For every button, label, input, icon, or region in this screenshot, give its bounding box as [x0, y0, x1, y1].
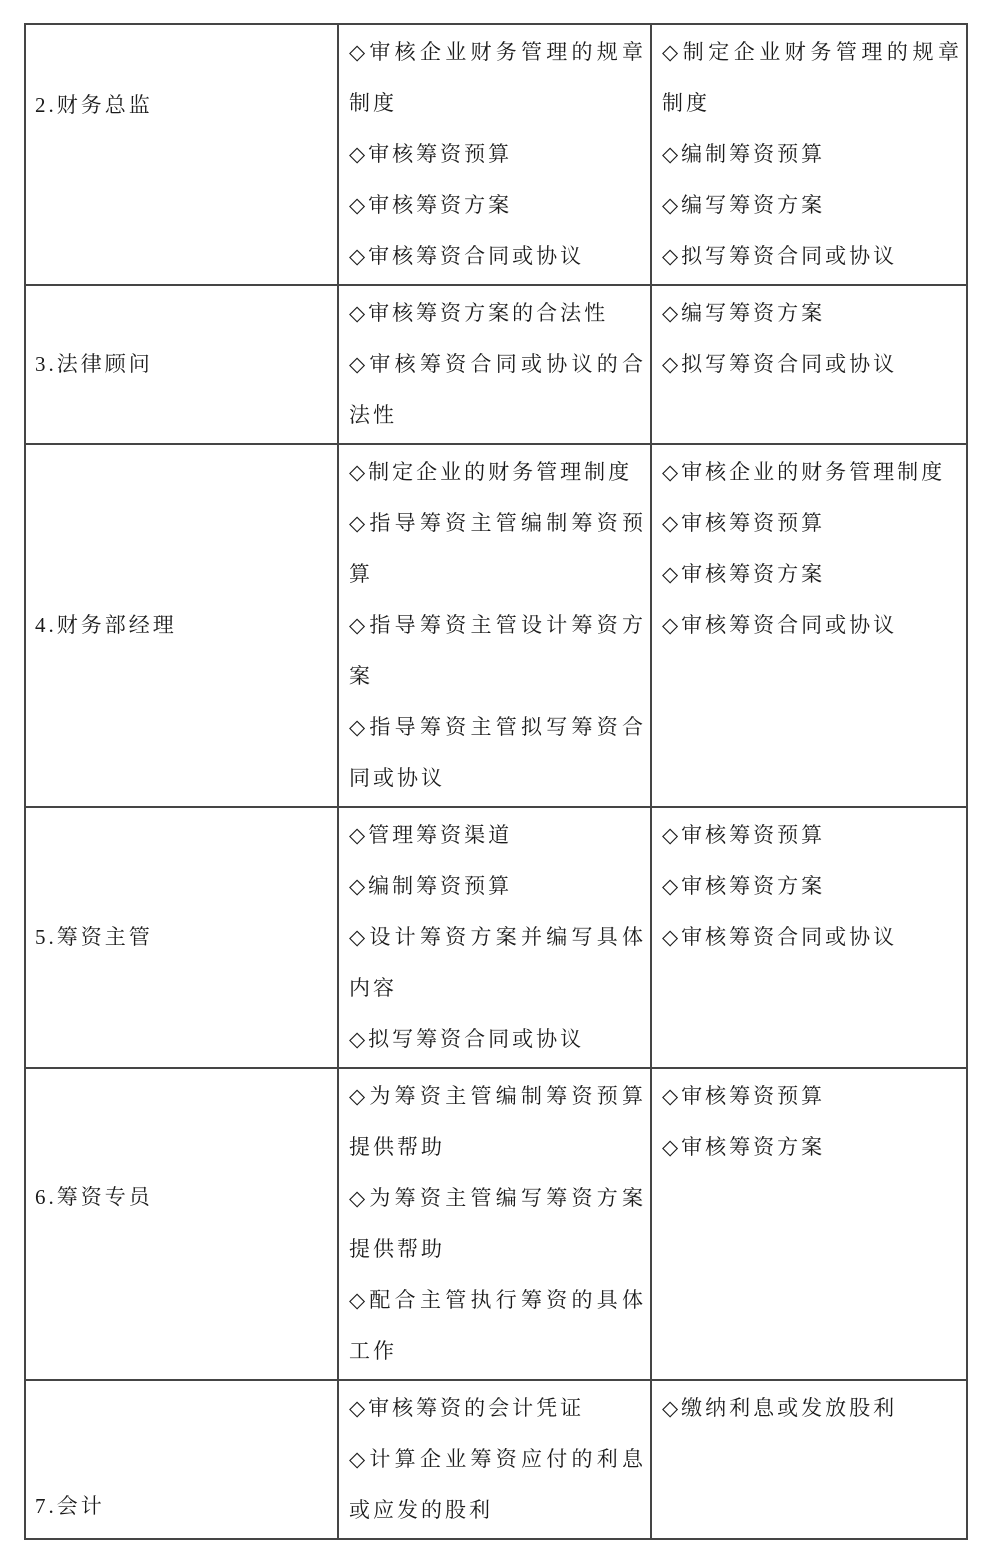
- duty-item: ◇为筹资主管编制筹资预算提供帮助: [349, 1071, 646, 1173]
- diamond-bullet-icon: ◇: [662, 352, 681, 376]
- duty-item: ◇制定企业的财务管理制度: [349, 447, 646, 498]
- duty-text: 缴纳利息或发放股利: [681, 1396, 897, 1420]
- diamond-bullet-icon: ◇: [662, 1396, 681, 1420]
- duty-text: 制定企业的财务管理制度: [368, 460, 632, 484]
- duty-item: ◇审核筹资合同或协议的合法性: [349, 339, 646, 441]
- diamond-bullet-icon: ◇: [349, 1027, 368, 1051]
- diamond-bullet-icon: ◇: [349, 352, 369, 376]
- diamond-bullet-icon: ◇: [662, 142, 681, 166]
- diamond-bullet-icon: ◇: [349, 1447, 369, 1471]
- duty-text: 指导筹资主管拟写筹资合同或协议: [349, 715, 646, 790]
- duty-item: ◇编写筹资方案: [662, 288, 962, 339]
- duty-item: ◇审核筹资方案: [662, 861, 962, 912]
- duty-item: ◇审核筹资合同或协议: [662, 912, 962, 963]
- duty-text: 制定企业财务管理的规章制度: [662, 40, 962, 115]
- duties-cell-col2: ◇审核筹资的会计凭证◇计算企业筹资应付的利息或应发的股利: [339, 1381, 652, 1538]
- diamond-bullet-icon: ◇: [349, 142, 368, 166]
- table-row: 3.法律顾问◇审核筹资方案的合法性◇审核筹资合同或协议的合法性◇编写筹资方案◇拟…: [26, 286, 966, 445]
- role-label: 6.筹资专员: [35, 1172, 331, 1223]
- role-label: 5.筹资主管: [35, 912, 331, 963]
- duty-text: 审核筹资的会计凭证: [368, 1396, 584, 1420]
- duties-cell-col3: ◇制定企业财务管理的规章制度◇编制筹资预算◇编写筹资方案◇拟写筹资合同或协议: [652, 25, 966, 284]
- diamond-bullet-icon: ◇: [349, 193, 368, 217]
- duty-text: 指导筹资主管编制筹资预算: [349, 511, 646, 586]
- diamond-bullet-icon: ◇: [349, 1084, 369, 1108]
- diamond-bullet-icon: ◇: [662, 823, 681, 847]
- duty-text: 编制筹资预算: [368, 874, 512, 898]
- duty-text: 审核企业的财务管理制度: [681, 460, 945, 484]
- table-row: 5.筹资主管◇管理筹资渠道◇编制筹资预算◇设计筹资方案并编写具体内容◇拟写筹资合…: [26, 808, 966, 1069]
- duties-cell-col3: ◇编写筹资方案◇拟写筹资合同或协议: [652, 286, 966, 443]
- role-label: 7.会计: [35, 1481, 331, 1532]
- duty-table: 2.财务总监◇审核企业财务管理的规章制度◇审核筹资预算◇审核筹资方案◇审核筹资合…: [24, 23, 968, 1540]
- diamond-bullet-icon: ◇: [349, 613, 369, 637]
- duties-cell-col2: ◇审核企业财务管理的规章制度◇审核筹资预算◇审核筹资方案◇审核筹资合同或协议: [339, 25, 652, 284]
- diamond-bullet-icon: ◇: [662, 193, 681, 217]
- duty-text: 审核筹资合同或协议: [368, 244, 584, 268]
- duty-text: 审核企业财务管理的规章制度: [349, 40, 646, 115]
- diamond-bullet-icon: ◇: [349, 925, 369, 949]
- duty-item: ◇指导筹资主管拟写筹资合同或协议: [349, 702, 646, 804]
- duty-item: ◇审核筹资方案: [349, 180, 646, 231]
- diamond-bullet-icon: ◇: [349, 715, 369, 739]
- duty-text: 配合主管执行筹资的具体工作: [349, 1288, 646, 1363]
- role-label: 4.财务部经理: [35, 600, 331, 651]
- duty-text: 审核筹资合同或协议: [681, 613, 897, 637]
- diamond-bullet-icon: ◇: [662, 511, 681, 535]
- duty-text: 拟写筹资合同或协议: [368, 1027, 584, 1051]
- duty-text: 拟写筹资合同或协议: [681, 244, 897, 268]
- diamond-bullet-icon: ◇: [662, 613, 681, 637]
- duty-item: ◇为筹资主管编写筹资方案提供帮助: [349, 1173, 646, 1275]
- duty-text: 审核筹资预算: [681, 511, 825, 535]
- duty-item: ◇审核筹资合同或协议: [662, 600, 962, 651]
- table-row: 6.筹资专员◇为筹资主管编制筹资预算提供帮助◇为筹资主管编写筹资方案提供帮助◇配…: [26, 1069, 966, 1381]
- duties-cell-col2: ◇为筹资主管编制筹资预算提供帮助◇为筹资主管编写筹资方案提供帮助◇配合主管执行筹…: [339, 1069, 652, 1379]
- duties-cell-col3: ◇缴纳利息或发放股利: [652, 1381, 966, 1538]
- duty-item: ◇拟写筹资合同或协议: [349, 1014, 646, 1065]
- diamond-bullet-icon: ◇: [662, 301, 681, 325]
- role-label: 3.法律顾问: [35, 339, 331, 390]
- diamond-bullet-icon: ◇: [662, 874, 681, 898]
- duties-cell-col2: ◇管理筹资渠道◇编制筹资预算◇设计筹资方案并编写具体内容◇拟写筹资合同或协议: [339, 808, 652, 1067]
- diamond-bullet-icon: ◇: [349, 40, 369, 64]
- diamond-bullet-icon: ◇: [662, 925, 681, 949]
- duty-item: ◇编写筹资方案: [662, 180, 962, 231]
- duty-item: ◇计算企业筹资应付的利息或应发的股利: [349, 1434, 646, 1536]
- diamond-bullet-icon: ◇: [349, 1288, 369, 1312]
- duty-item: ◇审核企业的财务管理制度: [662, 447, 962, 498]
- diamond-bullet-icon: ◇: [349, 823, 368, 847]
- duty-text: 编写筹资方案: [681, 301, 825, 325]
- diamond-bullet-icon: ◇: [662, 40, 683, 64]
- duty-item: ◇审核筹资预算: [349, 129, 646, 180]
- duty-item: ◇审核筹资方案: [662, 1122, 962, 1173]
- duty-item: ◇指导筹资主管编制筹资预算: [349, 498, 646, 600]
- diamond-bullet-icon: ◇: [349, 460, 368, 484]
- table-row: 4.财务部经理◇制定企业的财务管理制度◇指导筹资主管编制筹资预算◇指导筹资主管设…: [26, 445, 966, 808]
- duty-item: ◇审核筹资方案的合法性: [349, 288, 646, 339]
- document-page: 2.财务总监◇审核企业财务管理的规章制度◇审核筹资预算◇审核筹资方案◇审核筹资合…: [0, 0, 988, 1559]
- diamond-bullet-icon: ◇: [349, 301, 368, 325]
- duties-cell-col3: ◇审核筹资预算◇审核筹资方案◇审核筹资合同或协议: [652, 808, 966, 1067]
- duty-item: ◇编制筹资预算: [662, 129, 962, 180]
- duties-cell-col3: ◇审核企业的财务管理制度◇审核筹资预算◇审核筹资方案◇审核筹资合同或协议: [652, 445, 966, 806]
- duty-text: 审核筹资方案: [681, 874, 825, 898]
- diamond-bullet-icon: ◇: [349, 244, 368, 268]
- role-cell: 2.财务总监: [26, 25, 339, 284]
- diamond-bullet-icon: ◇: [662, 1084, 681, 1108]
- duty-item: ◇编制筹资预算: [349, 861, 646, 912]
- duty-item: ◇制定企业财务管理的规章制度: [662, 27, 962, 129]
- duty-text: 设计筹资方案并编写具体内容: [349, 925, 646, 1000]
- duties-cell-col2: ◇制定企业的财务管理制度◇指导筹资主管编制筹资预算◇指导筹资主管设计筹资方案◇指…: [339, 445, 652, 806]
- duty-text: 审核筹资方案的合法性: [368, 301, 608, 325]
- duty-item: ◇拟写筹资合同或协议: [662, 339, 962, 390]
- duty-item: ◇审核筹资预算: [662, 810, 962, 861]
- duties-cell-col3: ◇审核筹资预算◇审核筹资方案: [652, 1069, 966, 1379]
- duty-text: 编制筹资预算: [681, 142, 825, 166]
- diamond-bullet-icon: ◇: [662, 244, 681, 268]
- duty-text: 审核筹资方案: [368, 193, 512, 217]
- diamond-bullet-icon: ◇: [662, 460, 681, 484]
- duty-text: 指导筹资主管设计筹资方案: [349, 613, 646, 688]
- duty-text: 为筹资主管编写筹资方案提供帮助: [349, 1186, 646, 1261]
- diamond-bullet-icon: ◇: [349, 1396, 368, 1420]
- duty-text: 审核筹资预算: [368, 142, 512, 166]
- diamond-bullet-icon: ◇: [662, 562, 681, 586]
- table-row: 2.财务总监◇审核企业财务管理的规章制度◇审核筹资预算◇审核筹资方案◇审核筹资合…: [26, 25, 966, 286]
- duty-item: ◇审核筹资的会计凭证: [349, 1383, 646, 1434]
- duty-text: 为筹资主管编制筹资预算提供帮助: [349, 1084, 646, 1159]
- role-cell: 3.法律顾问: [26, 286, 339, 443]
- duty-text: 审核筹资合同或协议的合法性: [349, 352, 646, 427]
- duty-text: 审核筹资预算: [681, 1084, 825, 1108]
- duty-text: 管理筹资渠道: [368, 823, 512, 847]
- duty-text: 审核筹资预算: [681, 823, 825, 847]
- duty-item: ◇审核筹资方案: [662, 549, 962, 600]
- role-cell: 6.筹资专员: [26, 1069, 339, 1379]
- diamond-bullet-icon: ◇: [662, 1135, 681, 1159]
- duty-item: ◇拟写筹资合同或协议: [662, 231, 962, 282]
- duty-item: ◇审核筹资预算: [662, 498, 962, 549]
- duties-cell-col2: ◇审核筹资方案的合法性◇审核筹资合同或协议的合法性: [339, 286, 652, 443]
- duty-text: 计算企业筹资应付的利息或应发的股利: [349, 1447, 646, 1522]
- duty-item: ◇缴纳利息或发放股利: [662, 1383, 962, 1434]
- duty-text: 审核筹资方案: [681, 1135, 825, 1159]
- duty-item: ◇管理筹资渠道: [349, 810, 646, 861]
- diamond-bullet-icon: ◇: [349, 511, 369, 535]
- role-cell: 5.筹资主管: [26, 808, 339, 1067]
- duty-text: 审核筹资合同或协议: [681, 925, 897, 949]
- duty-item: ◇设计筹资方案并编写具体内容: [349, 912, 646, 1014]
- duty-item: ◇审核筹资预算: [662, 1071, 962, 1122]
- diamond-bullet-icon: ◇: [349, 874, 368, 898]
- duty-text: 审核筹资方案: [681, 562, 825, 586]
- duty-item: ◇指导筹资主管设计筹资方案: [349, 600, 646, 702]
- role-cell: 4.财务部经理: [26, 445, 339, 806]
- duty-item: ◇配合主管执行筹资的具体工作: [349, 1275, 646, 1377]
- role-label: 2.财务总监: [35, 80, 331, 131]
- diamond-bullet-icon: ◇: [349, 1186, 369, 1210]
- table-row: 7.会计◇审核筹资的会计凭证◇计算企业筹资应付的利息或应发的股利◇缴纳利息或发放…: [26, 1381, 966, 1538]
- duty-text: 拟写筹资合同或协议: [681, 352, 897, 376]
- duty-item: ◇审核企业财务管理的规章制度: [349, 27, 646, 129]
- duty-item: ◇审核筹资合同或协议: [349, 231, 646, 282]
- role-cell: 7.会计: [26, 1381, 339, 1538]
- duty-text: 编写筹资方案: [681, 193, 825, 217]
